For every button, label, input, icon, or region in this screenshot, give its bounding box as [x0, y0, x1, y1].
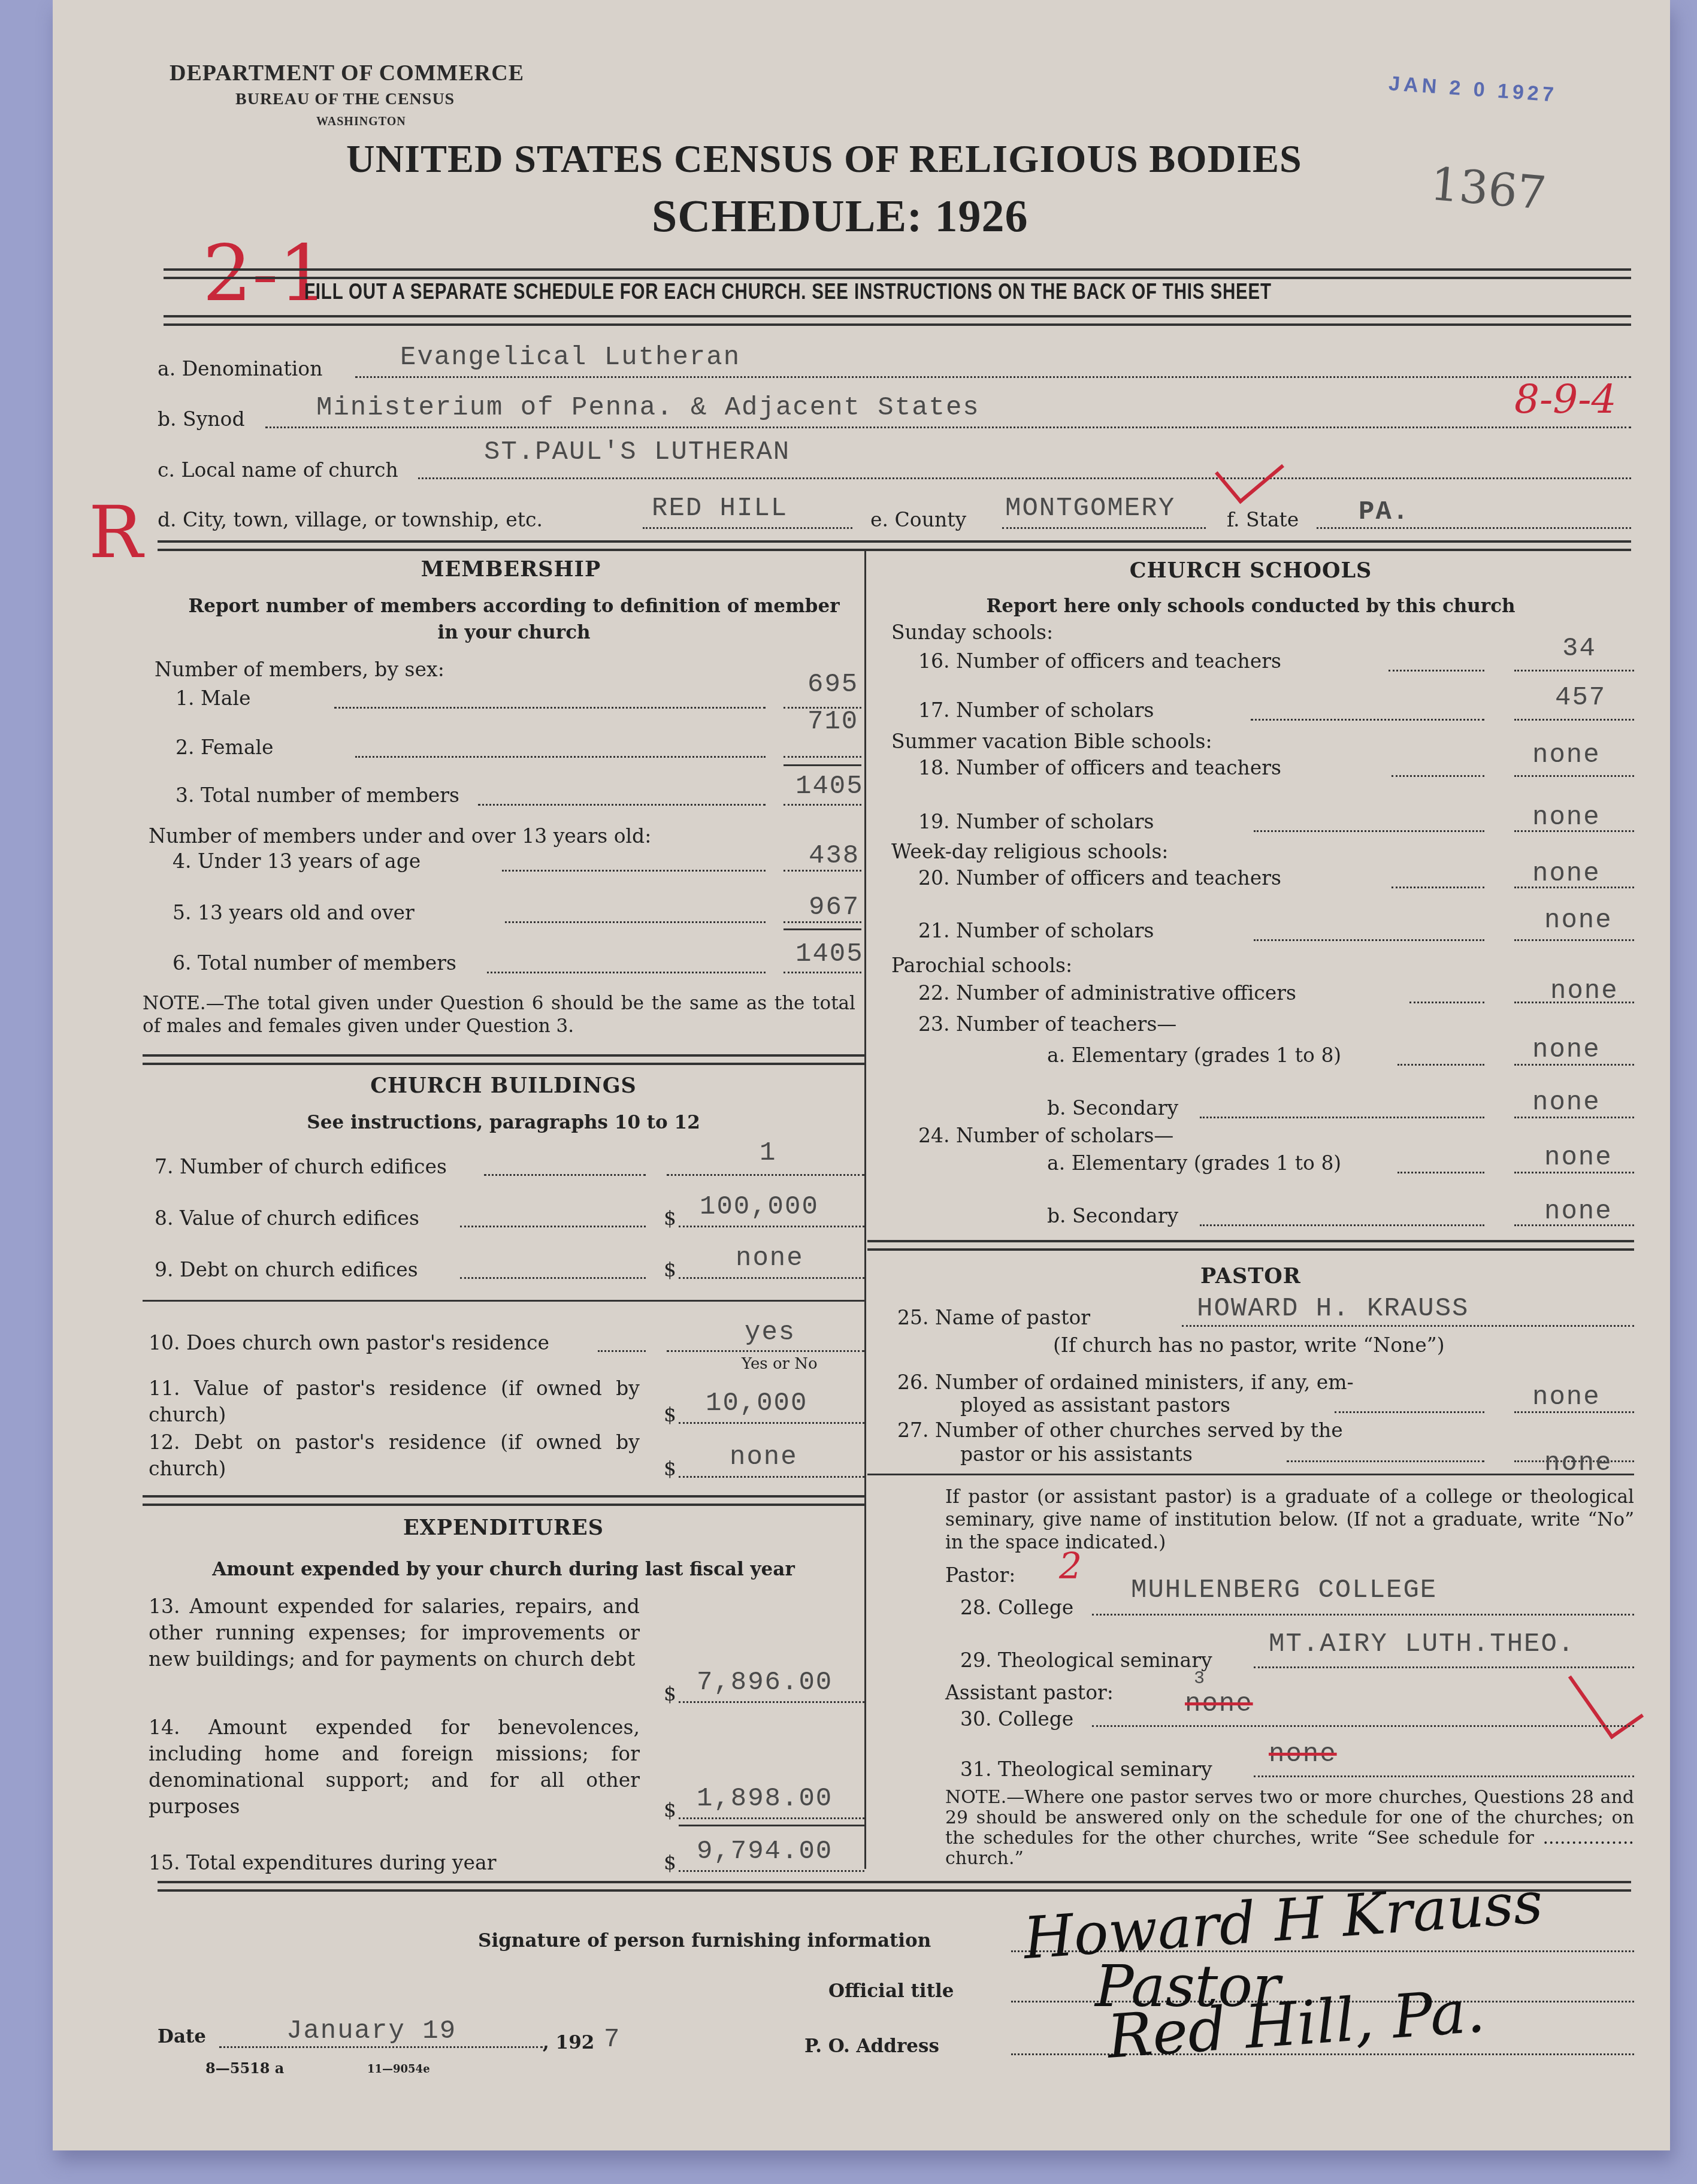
county-line — [1002, 527, 1206, 529]
edifices-debt-value[interactable]: none — [736, 1244, 804, 1274]
po-address-label: P. O. Address — [804, 2035, 939, 2057]
q24-label: 24. Number of scholars— — [918, 1124, 1173, 1147]
q19-label: 19. Number of scholars — [918, 810, 1154, 833]
edifices-value-value[interactable]: 100,000 — [700, 1192, 819, 1222]
received-date-stamp: JAN 2 0 1927 — [1388, 72, 1558, 107]
department-name: DEPARTMENT OF COMMERCE — [170, 60, 524, 86]
q23a-value[interactable]: none — [1532, 1035, 1601, 1065]
q17-value[interactable]: 457 — [1555, 683, 1606, 713]
row-line — [1514, 939, 1634, 941]
q16-value[interactable]: 34 — [1562, 634, 1596, 664]
graduate-instructions: If pastor (or assistant pastor) is a gra… — [945, 1486, 1634, 1554]
running-expenses-label: 13. Amount expended for salaries, repair… — [149, 1593, 640, 1672]
total-expenditures-value[interactable]: 9,794.00 — [697, 1837, 833, 1867]
q26-label-line1: 26. Number of ordained ministers, if any… — [897, 1371, 1354, 1394]
residence-debt-label: 12. Debt on pastor's residence (if owned… — [149, 1429, 640, 1482]
row-line — [667, 1350, 864, 1352]
row-line — [1254, 1775, 1634, 1777]
edifices-value-label: 8. Value of church edifices — [155, 1206, 419, 1230]
total-members-value[interactable]: 1405 — [795, 772, 864, 801]
city-field[interactable]: RED HILL — [652, 494, 788, 524]
row-line — [1092, 1725, 1634, 1727]
assistant-pastor-mark: 3 — [1194, 1669, 1206, 1689]
year-prefix: , 192 — [543, 2032, 594, 2053]
q26-value[interactable]: none — [1532, 1383, 1601, 1412]
row-line — [784, 756, 861, 758]
over-13-label: 5. 13 years old and over — [173, 901, 415, 924]
row-line — [505, 921, 766, 923]
q31-label: 31. Theological seminary — [960, 1758, 1212, 1781]
edifices-debt-label: 9. Debt on church edifices — [155, 1258, 418, 1281]
city-label: d. City, town, village, or township, etc… — [158, 508, 543, 531]
pastor-subsection-label: Pastor: — [945, 1563, 1015, 1587]
row-line — [1251, 719, 1484, 721]
row-line — [460, 1226, 646, 1227]
q18-value[interactable]: none — [1532, 740, 1601, 770]
benevolences-value[interactable]: 1,898.00 — [697, 1784, 833, 1814]
currency-symbol: $ — [664, 1457, 676, 1480]
state-label: f. State — [1227, 508, 1299, 531]
row-line — [502, 870, 766, 872]
form-title: UNITED STATES CENSUS OF RELIGIOUS BODIES — [346, 137, 1302, 182]
row-line — [1389, 670, 1484, 671]
divider — [158, 540, 1631, 551]
q23-label: 23. Number of teachers— — [918, 1012, 1176, 1036]
county-field[interactable]: MONTGOMERY — [1005, 494, 1175, 524]
row-line — [679, 1476, 864, 1478]
running-expenses-value[interactable]: 7,896.00 — [697, 1668, 833, 1698]
total-members-label: 3. Total number of members — [176, 784, 459, 807]
currency-symbol: $ — [664, 1403, 676, 1426]
row-line — [1287, 1460, 1484, 1462]
census-schedule-form: DEPARTMENT OF COMMERCE BUREAU OF THE CEN… — [53, 0, 1670, 2150]
red-checkmark-icon — [1215, 437, 1284, 504]
q28-label: 28. College — [960, 1596, 1073, 1619]
church-buildings-subheading: See instructions, paragraphs 10 to 12 — [143, 1112, 864, 1133]
row-line — [784, 972, 861, 973]
bureau-city: WASHINGTON — [316, 115, 406, 129]
row-line — [484, 1174, 646, 1176]
instruction-bar: FILL OUT A SEPARATE SCHEDULE FOR EACH CH… — [304, 279, 1272, 304]
row-line — [334, 707, 766, 709]
row-line — [679, 1870, 864, 1872]
local-name-line — [418, 477, 1631, 479]
row-line — [1514, 775, 1634, 777]
row-line — [355, 756, 766, 758]
row-line — [487, 972, 766, 973]
q16-label: 16. Number of officers and teachers — [918, 649, 1281, 673]
synod-field[interactable]: Ministerium of Penna. & Adjacent States — [316, 393, 980, 423]
membership-subheading: Report number of members according to de… — [184, 593, 843, 646]
row-line — [679, 1817, 864, 1819]
q21-label: 21. Number of scholars — [918, 919, 1154, 942]
pastor-red-mark: 2 — [1059, 1545, 1082, 1587]
total-expenditures-label: 15. Total expenditures during year — [149, 1851, 496, 1874]
q22-value[interactable]: none — [1550, 976, 1619, 1006]
church-schools-heading: CHURCH SCHOOLS — [867, 558, 1634, 583]
currency-symbol: $ — [664, 1682, 676, 1705]
form-subtitle: SCHEDULE: 1926 — [652, 190, 1028, 243]
q20-value[interactable]: none — [1532, 859, 1601, 889]
q21-value[interactable]: none — [1544, 906, 1613, 936]
pastor-heading: PASTOR — [867, 1264, 1634, 1288]
row-line — [1092, 1614, 1634, 1616]
currency-symbol: $ — [664, 1798, 676, 1822]
benevolences-label: 14. Amount expended for benevolences, in… — [149, 1714, 640, 1820]
row-line — [1514, 719, 1634, 721]
divider — [143, 1054, 864, 1065]
row-line — [679, 1226, 864, 1227]
red-mark-r: R — [89, 491, 143, 574]
female-label: 2. Female — [176, 736, 274, 759]
q22-label: 22. Number of administrative officers — [918, 981, 1296, 1005]
q23b-value[interactable]: none — [1532, 1088, 1601, 1118]
row-line — [679, 1701, 864, 1703]
female-value[interactable]: 710 — [807, 707, 858, 737]
membership-heading: MEMBERSHIP — [158, 557, 864, 582]
row-line — [1392, 775, 1484, 777]
pastor-note: NOTE.—Where one pastor serves two or mor… — [945, 1787, 1634, 1869]
row-line — [1397, 1064, 1484, 1066]
under-13-value[interactable]: 438 — [809, 841, 860, 871]
synod-line — [265, 426, 1631, 428]
divider — [164, 315, 1631, 326]
residence-value-label: 11. Value of pastor's residence (if owne… — [149, 1375, 640, 1428]
church-buildings-heading: CHURCH BUILDINGS — [143, 1073, 864, 1098]
summer-schools-title: Summer vacation Bible schools: — [891, 730, 1212, 753]
official-title-label: Official title — [828, 1980, 954, 2002]
row-line — [784, 804, 861, 806]
by-age-label: Number of members under and over 13 year… — [149, 824, 651, 848]
sum-rule — [784, 764, 861, 766]
divider — [867, 1474, 1634, 1475]
q20-label: 20. Number of officers and teachers — [918, 866, 1281, 890]
divider — [143, 1300, 864, 1302]
county-label: e. County — [870, 508, 966, 531]
row-line — [1254, 830, 1484, 832]
sum-rule — [679, 1825, 864, 1826]
currency-symbol: $ — [664, 1851, 676, 1874]
residence-debt-value[interactable]: none — [730, 1442, 798, 1472]
over-13-value[interactable]: 967 — [809, 893, 860, 922]
signature-label: Signature of person furnishing informati… — [478, 1930, 931, 1952]
pastor-name-field[interactable]: HOWARD H. KRAUSS — [1197, 1294, 1469, 1324]
schedule-number-stamp: 1367 — [1428, 157, 1548, 220]
state-field[interactable]: PA. — [1359, 497, 1409, 527]
currency-symbol: $ — [664, 1258, 676, 1281]
city-line — [643, 527, 852, 529]
sunday-schools-title: Sunday schools: — [891, 621, 1053, 644]
local-name-label: c. Local name of church — [158, 458, 398, 482]
row-line — [679, 1277, 864, 1279]
total-members-2-value[interactable]: 1405 — [795, 939, 864, 969]
form-code-1: 8—5518 a — [205, 2059, 284, 2077]
assistant-pastor-label: Assistant pastor: — [945, 1681, 1114, 1704]
pastor-name-label: 25. Name of pastor — [897, 1306, 1090, 1329]
residence-value-value[interactable]: 10,000 — [706, 1389, 807, 1418]
q30-field[interactable]: none — [1185, 1689, 1253, 1719]
church-schools-subheading: Report here only schools conducted by th… — [867, 595, 1634, 617]
q19-value[interactable]: none — [1532, 803, 1601, 833]
weekday-schools-title: Week-day religious schools: — [891, 840, 1168, 863]
q30-label: 30. College — [960, 1707, 1073, 1731]
expenditures-heading: EXPENDITURES — [143, 1516, 864, 1540]
q23a-label: a. Elementary (grades 1 to 8) — [1047, 1043, 1341, 1067]
expenditures-subheading: Amount expended by your church during la… — [143, 1559, 864, 1580]
row-line — [1335, 1411, 1484, 1413]
row-line — [1392, 887, 1484, 888]
q24a-value[interactable]: none — [1544, 1143, 1613, 1173]
pastor-name-hint: (If church has no pastor, write “None”) — [1053, 1333, 1445, 1357]
currency-symbol: $ — [664, 1206, 676, 1230]
row-line — [478, 804, 766, 806]
divider — [164, 268, 1631, 279]
row-line — [1514, 670, 1634, 671]
membership-note: NOTE.—The total given under Question 6 s… — [143, 992, 855, 1037]
edifices-count-label: 7. Number of church edifices — [155, 1155, 447, 1178]
edifices-count-value[interactable]: 1 — [760, 1138, 776, 1168]
q23b-label: b. Secondary — [1047, 1096, 1178, 1120]
date-line — [219, 2046, 543, 2048]
state-line — [1317, 527, 1631, 529]
synod-label: b. Synod — [158, 407, 245, 431]
row-line — [667, 1174, 864, 1176]
sum-rule — [784, 928, 861, 930]
synod-code-mark: 8-9-4 — [1514, 376, 1617, 422]
row-line — [1397, 1172, 1484, 1173]
date-field[interactable]: January 19 — [286, 2016, 456, 2046]
year-field[interactable]: 7 — [604, 2025, 621, 2055]
q29-field[interactable]: MT.AIRY LUTH.THEO. — [1269, 1629, 1575, 1659]
bureau-name: BUREAU OF THE CENSUS — [235, 90, 455, 109]
q27-label-line1: 27. Number of other churches served by t… — [897, 1418, 1343, 1442]
divider — [143, 1495, 864, 1506]
row-line — [1182, 1325, 1634, 1327]
row-line — [1254, 1666, 1634, 1668]
owns-residence-label: 10. Does church own pastor's residence — [149, 1331, 549, 1354]
denomination-label: a. Denomination — [158, 357, 322, 380]
yes-or-no-hint: Yes or No — [742, 1355, 818, 1373]
q27-label-line2: pastor or his assistants — [960, 1442, 1193, 1466]
row-line — [1200, 1117, 1484, 1118]
q24b-value[interactable]: none — [1544, 1197, 1613, 1227]
row-line — [598, 1350, 646, 1352]
q26-label-line2: ployed as assistant pastors — [960, 1393, 1230, 1417]
column-divider — [864, 551, 866, 1869]
q24b-label: b. Secondary — [1047, 1204, 1178, 1227]
local-name-field[interactable]: ST.PAUL'S LUTHERAN — [484, 437, 790, 467]
male-value[interactable]: 695 — [807, 670, 858, 700]
parochial-schools-title: Parochial schools: — [891, 954, 1072, 977]
row-line — [679, 1422, 864, 1424]
row-line — [1200, 1224, 1484, 1226]
q29-label: 29. Theological seminary — [960, 1648, 1212, 1672]
male-label: 1. Male — [176, 686, 251, 710]
q18-label: 18. Number of officers and teachers — [918, 756, 1281, 779]
form-code-2: 11—9054e — [367, 2063, 430, 2076]
row-line — [1254, 939, 1484, 941]
owns-residence-value[interactable]: yes — [745, 1318, 795, 1348]
under-13-label: 4. Under 13 years of age — [173, 849, 421, 873]
date-label: Date — [158, 2026, 206, 2047]
q17-label: 17. Number of scholars — [918, 698, 1154, 722]
q28-field[interactable]: MUHLENBERG COLLEGE — [1131, 1575, 1437, 1605]
total-members-2-label: 6. Total number of members — [173, 951, 456, 975]
row-line — [1409, 1002, 1484, 1003]
divider — [867, 1240, 1634, 1251]
q31-field[interactable]: none — [1269, 1740, 1337, 1769]
row-line — [460, 1277, 646, 1279]
denomination-line — [355, 376, 1631, 378]
q24a-label: a. Elementary (grades 1 to 8) — [1047, 1151, 1341, 1175]
denomination-field[interactable]: Evangelical Lutheran — [400, 343, 740, 373]
by-sex-label: Number of members, by sex: — [155, 658, 444, 681]
